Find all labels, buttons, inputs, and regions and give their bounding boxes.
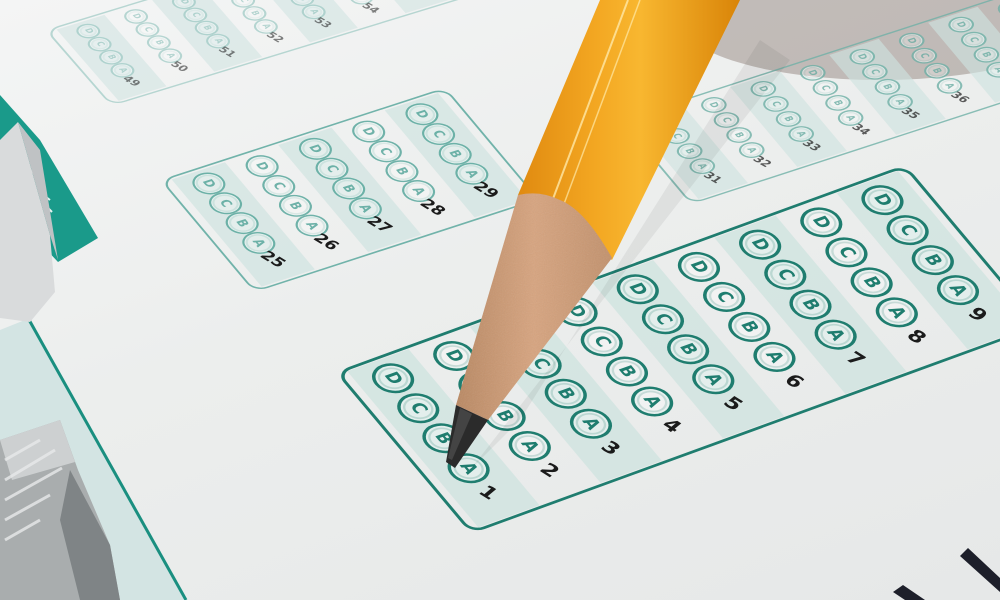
timing-mark xyxy=(893,585,925,600)
answer-sheet-photo: ABCD49ABCD50ABCD51ABCD52ABCD53ABCD54ABCD… xyxy=(0,0,1000,600)
timing-mark xyxy=(960,548,1000,592)
